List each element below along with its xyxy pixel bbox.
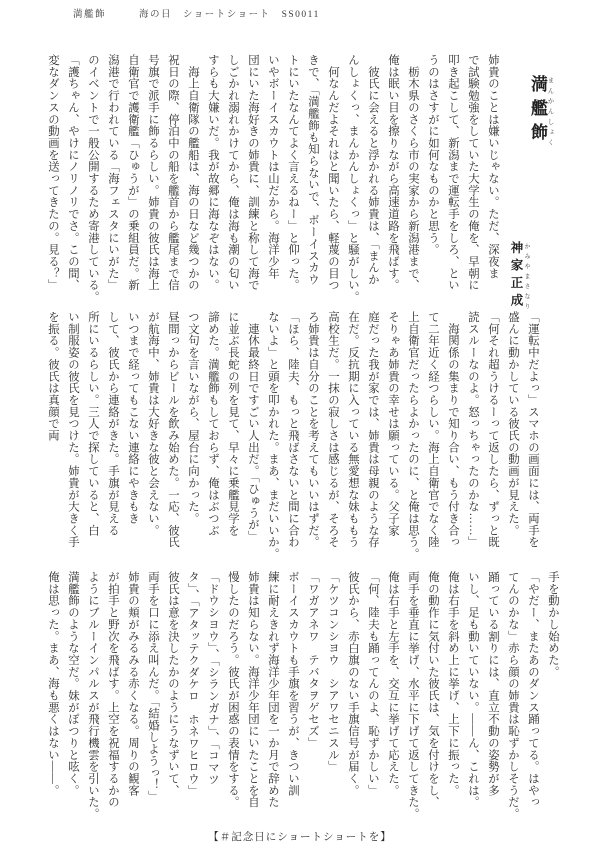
text-column: して、彼氏から連絡がきた。手旗が見える (103, 311, 123, 567)
text-column: 踊っている割りには、直立不動の姿勢が多 (483, 571, 503, 827)
story-author-text: 神家正成 (509, 241, 523, 311)
text-column: ないよ」と頭を叩かれた。まあ、まだいいか。 (263, 311, 283, 567)
text-column: 団にいた海好きの姉貴に、訓練と称して海で (243, 54, 263, 310)
text-column: 「ワガアネワ テバタヲゲセズ」 (303, 571, 323, 827)
text-column: 俺は眠い目を擦りながら高速道路を飛ばす。 (383, 54, 403, 310)
text-column: 彼氏から、赤白旗のない手旗信号が届く。 (343, 571, 363, 827)
text-column: 彼氏に会えると浮かれる姉貴は、「まんか (363, 54, 383, 310)
text-column: 海上自衛隊の艦船は、海の日など幾つかの (183, 54, 203, 310)
page-footer: 【＃記念日にショートショートを】 (0, 829, 600, 844)
text-column: 姉貴のことは嫌いじゃない。ただ、深夜ま (483, 54, 503, 310)
text-column: 彼氏は意を決したかのようにうなずいて、 (163, 571, 183, 827)
text-column: 盛んに動かしている彼氏の動画が見えた。 (503, 311, 523, 567)
text-column: 読スルーなのよ。怒っちゃったのかな……」 (463, 311, 483, 567)
text-column: 栃木県のさくら市の実家から新潟港まで、 (403, 54, 423, 310)
story-title: 満艦飾 まんかんしょく (525, 75, 554, 158)
story-author-furigana: かみやまさなり (523, 241, 529, 311)
text-column: 叩き起こして、新潟まで運転手をしろ、とい (443, 54, 463, 310)
text-column: 「ケツコンシヨウ シアワセニスル」 (323, 571, 343, 827)
text-column: 昼間っからビールを飲み始めた。一応、彼氏 (163, 311, 183, 567)
text-column: 両手を垂直に挙げ、水平に下げて返してきた。 (403, 571, 423, 827)
text-column: そりゃあ姉貴の幸せは願っている。父子家 (383, 311, 403, 567)
text-column: い制服姿の彼氏を見つけた。姉貴が大きく手 (63, 311, 83, 567)
text-column: 在だ。反抗期に入っている無愛想な妹ももう (343, 311, 363, 567)
text-column: 俺は右手と左手を、交互に挙げて応えた。 (383, 571, 403, 827)
story-band-1: 姉貴のことは嫌いじゃない。ただ、深夜まで試験勉強をしていた大学生の俺を、早朝に叩… (43, 54, 503, 310)
text-column: 「護ちゃん、やけにノリノリでさ。この間、 (63, 54, 83, 310)
text-column: 練に耐えきれず海洋少年団を一か月で辞めた (263, 571, 283, 827)
page-header: 満艦飾 海の日 ショートショート SS0011 (73, 6, 320, 20)
text-column: 俺の動作に気付いた彼氏は、気を付けをし、 (423, 571, 443, 827)
text-column: 諦めた。満艦飾もしておらず、俺はぶつぶ (203, 311, 223, 567)
text-column: つ文句を言いながら、屋台に向かった。 (183, 311, 203, 567)
text-column: 俺は右手を斜め上に挙げ、上下に振った。 (443, 571, 463, 827)
text-column: 変なダンスの動画を送ってきたの。見る？」 (43, 54, 63, 310)
text-column: 「運転中だよっ」スマホの画面には、両手を (523, 311, 543, 567)
text-column: 「ドウシヨウ」、「シランガナ」、「コマツ (203, 571, 223, 827)
text-column: 満艦飾のような空だ。妹がぽつりと呟く。 (63, 571, 83, 827)
text-column: 「やだー、またあのダンス踊ってる。はやっ (523, 571, 543, 827)
text-column: て二年近く経つらしい。海上自衛官でなく陸 (423, 311, 443, 567)
text-column: ろ姉貴は自分のことを考えてもいいはずだ。 (303, 311, 323, 567)
text-column: てんのかな」赤ら顔の姉貴は恥ずかしそうだ。 (503, 571, 523, 827)
text-column: ようにブルーインパルスが飛行機雲を引いた。 (83, 571, 103, 827)
text-column: 「ほら、陸夫、もっと飛ばさないと間に合わ (283, 311, 303, 567)
text-column: が拍手と野次を飛ばす。上空を祝福するかの (103, 571, 123, 827)
text-column: 「何それ超うけるーって返したら、ずっと既 (483, 311, 503, 567)
story-title-text: 満艦飾 (528, 75, 547, 147)
title-block: 満艦飾 まんかんしょく 神家正成 かみやまさなり (505, 55, 577, 340)
document-page: 満艦飾 海の日 ショートショート SS0011 満艦飾 まんかんしょく 神家正成… (0, 0, 600, 850)
text-column: しごかれ溺れかけてから、俺は海も潮の匂い (223, 54, 243, 310)
text-column: 姉貴の頬がみるみる赤くなる。周りの観客 (123, 571, 143, 827)
text-column: 上自衛官だったらよかったのに、と俺は思う。 (403, 311, 423, 567)
text-column: が航海中、姉貴は大好きな彼と会えない。 (143, 311, 163, 567)
text-column: 「何、陸夫も踊ってんのよ、恥ずかしい」 (363, 571, 383, 827)
story-band-2: 「運転中だよっ」スマホの画面には、両手を盛んに動かしている彼氏の動画が見えた。「… (43, 311, 543, 567)
story-author: 神家正成 かみやまさなり (507, 241, 529, 311)
text-column: 海関係の集まりで知り合い、もう付き合っ (443, 311, 463, 567)
text-column: 姉貴は知らない。海洋少年団にいたことを自 (243, 571, 263, 827)
text-column: に並ぶ長蛇の列を見て、早々に乗艦見学を (223, 311, 243, 567)
text-column: 慢したのだろう。彼氏が困惑の表情をする。 (223, 571, 243, 827)
text-column: きで、「満艦飾も知らないで、ボーイスカウ (303, 54, 323, 310)
text-column: のイベントで一般公開するため寄港している。 (83, 54, 103, 310)
story-title-furigana: まんかんしょく (547, 75, 554, 147)
text-column: 潟港で行われている「海フェスタにいがた」 (103, 54, 123, 310)
text-column: 所にいるらしい。三人で探していると、白 (83, 311, 103, 567)
text-column: 自衛官で護衛艦「ひゅうが」の乗組員だ。新 (123, 54, 143, 310)
text-column: 連休最終日ですごい人出だ。「ひゅうが」 (243, 311, 263, 567)
text-column: 手を動かし始めた。 (543, 571, 563, 827)
text-column: 俺は思った。まあ、海も悪くはない――。 (43, 571, 63, 827)
text-column: で試験勉強をしていた大学生の俺を、早朝に (463, 54, 483, 310)
text-column: 何なんだよそれはと聞いたら、軽蔑の目つ (323, 54, 343, 310)
text-column: うのはさすがに如何なものかと思う。 (423, 54, 443, 310)
text-column: ボーイスカウトも手旗を習うが、きつい訓 (283, 571, 303, 827)
story-band-3: 手を動かし始めた。「やだー、またあのダンス踊ってる。はやってんのかな」赤ら顔の姉… (43, 571, 563, 827)
text-column: 高校生だ。一抹の寂しさは感じるが、そろそ (323, 311, 343, 567)
text-column: んしょくっ、まんかんしょくっ」と騒がしい。 (343, 54, 363, 310)
text-column: 祝日の際、停泊中の船を艦首から艦尾まで信 (163, 54, 183, 310)
text-column: いやボーイスカウトは山だから。海洋少年 (263, 54, 283, 310)
text-column: トにいたなんてよく言えるねー」と仰った。 (283, 54, 303, 310)
text-column: タ」、「アタッテクダケロ ホネワヒロウ」 (183, 571, 203, 827)
text-column: 庭だった我が家では、姉貴は母親のような存 (363, 311, 383, 567)
text-column: いし、足も動いていない。――ん、これは。 (463, 571, 483, 827)
text-column: いつまで経ってもこない連絡にやきもき (123, 311, 143, 567)
text-column: 両手を口に添え叫んだ。「結婚しようっ！」 (143, 571, 163, 827)
text-column: を振る。彼氏は真顔で両 (43, 311, 63, 567)
text-column: すらも大嫌いだ。我が故郷に海なぞはない。 (203, 54, 223, 310)
text-column: 号旗で派手に飾るらしい。姉貴の彼氏は海上 (143, 54, 163, 310)
